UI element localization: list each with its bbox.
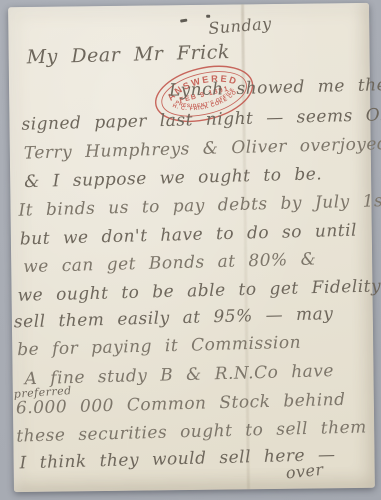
- letter-page-note: over: [285, 460, 324, 483]
- letter-line: It binds us to pay debts by July 1st: [18, 191, 381, 221]
- letter-line: we ought to be able to get Fidelity to: [17, 276, 381, 306]
- letter-line: & I suppose we ought to be.: [24, 164, 323, 192]
- ink-speck: [206, 15, 210, 18]
- letter-line: sell them easily at 95% — may: [14, 304, 334, 332]
- letter-photograph: ANSWERED FEB 9 1891 PRESIDENT'S OFFICE H…: [0, 0, 381, 500]
- letter-line: but we don't have to do so until: [20, 221, 358, 250]
- ink-speck: [180, 19, 187, 23]
- letter-dateline: Sunday: [208, 14, 273, 38]
- letter-paper: ANSWERED FEB 9 1891 PRESIDENT'S OFFICE H…: [8, 3, 375, 492]
- letter-line: Terry Humphreys & Oliver overjoyed: [24, 134, 381, 164]
- letter-line: we can get Bonds at 80% &: [23, 249, 317, 277]
- letter-line: be for paying it Commission: [17, 333, 301, 360]
- letter-line: signed paper last night — seems O.K.: [21, 105, 381, 135]
- letter-line: these securities ought to sell them: [16, 417, 367, 446]
